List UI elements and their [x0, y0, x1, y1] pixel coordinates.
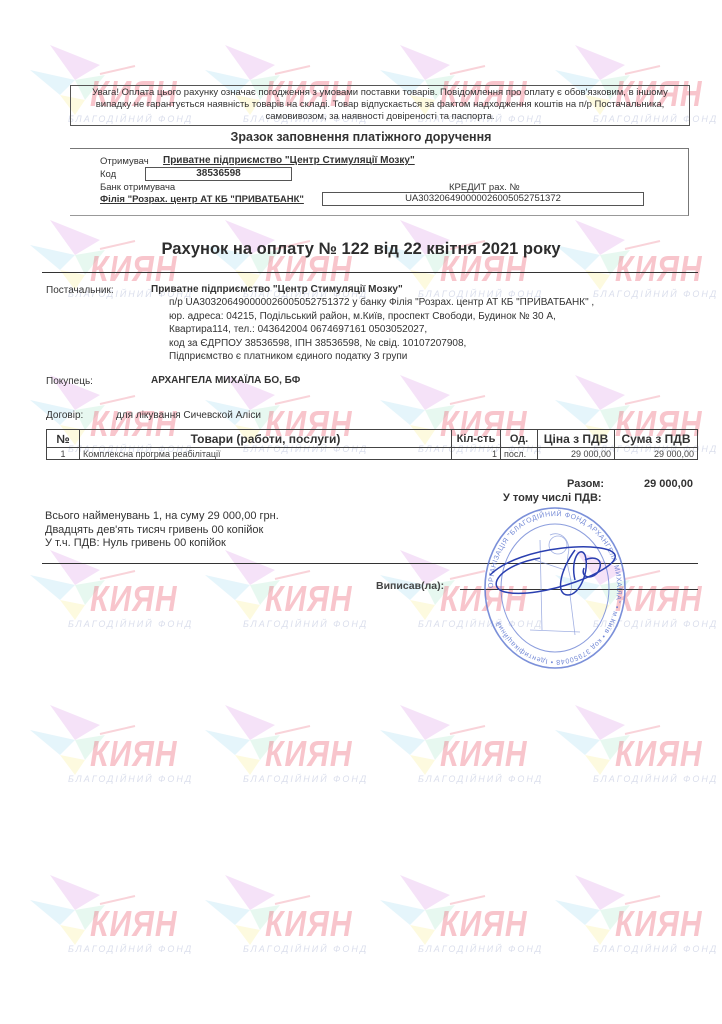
issued-by-label: Виписав(ла): [376, 580, 444, 592]
col-price: Ціна з ПДВ [538, 430, 615, 448]
supplier-details: п/р UA303206490000026005052751372 у банк… [169, 296, 594, 364]
organization-stamp-icon: ОРГАНІЗАЦІЯ "БЛАГОДІЙНИЙ ФОНД АРХАНГЕЛА … [480, 500, 630, 675]
summary-block: Всього найменувань 1, на суму 29 000,00 … [45, 510, 279, 551]
row-goods: Комплексна прогрма реабілітації [80, 448, 452, 460]
row-unit: посл. [501, 448, 538, 460]
col-unit: Од. [501, 430, 538, 448]
recipient-value: Приватне підприємство "Центр Стимуляції … [163, 155, 415, 166]
summary-amount-words: Двадцять дев'ять тисяч гривень 00 копійо… [45, 524, 279, 538]
title-divider [42, 272, 698, 273]
row-price: 29 000,00 [538, 448, 615, 460]
table-row: 1Комплексна прогрма реабілітації1посл.29… [47, 448, 698, 460]
col-quantity: Кіл-сть [452, 430, 501, 448]
recipient-label: Отримувач [100, 156, 149, 167]
buyer-label: Покупець: [46, 376, 93, 387]
notice-line-2: випадку не гарантується наявність товарі… [71, 99, 689, 111]
supplier-account: п/р UA303206490000026005052751372 у банк… [169, 296, 594, 310]
buyer-value: АРХАНГЕЛА МИХАЇЛА БО, БФ [151, 375, 300, 386]
items-table: № Товари (работи, послуги) Кіл-сть Од. Ц… [46, 429, 698, 460]
svg-text:ОРГАНІЗАЦІЯ "БЛАГОДІЙНИЙ ФОНД: ОРГАНІЗАЦІЯ "БЛАГОДІЙНИЙ ФОНД АРХАНГЕЛА … [488, 509, 623, 665]
supplier-codes: код за ЄДРПОУ 38536598, ІПН 38536598, № … [169, 337, 594, 351]
invoice-title: Рахунок на оплату № 122 від 22 квітня 20… [0, 240, 722, 259]
code-value: 38536598 [145, 167, 292, 181]
col-number: № [47, 430, 80, 448]
contract-value: для лікування Сичевской Аліси [116, 410, 261, 421]
supplier-tax-status: Підприємство є платником єдиного податку… [169, 350, 594, 364]
bank-value: Філія "Розрах. центр АТ КБ "ПРИВАТБАНК" [100, 194, 304, 205]
payment-sample-title: Зразок заповнення платіжного доручення [0, 130, 722, 144]
summary-items-count: Всього найменувань 1, на суму 29 000,00 … [45, 510, 279, 524]
notice-line-1: Увага! Оплата цього рахунку означає пого… [71, 87, 689, 99]
notice-line-3: самовивозом, за наявності довіреності та… [71, 111, 689, 123]
total-label: Разом: [567, 478, 604, 490]
total-value: 29 000,00 [644, 478, 693, 490]
summary-vat-words: У т.ч. ПДВ: Нуль гривень 00 копійок [45, 537, 279, 551]
col-goods: Товари (работи, послуги) [80, 430, 452, 448]
bank-label: Банк отримувача [100, 182, 175, 193]
payment-notice: Увага! Оплата цього рахунку означає пого… [70, 85, 690, 126]
supplier-name: Приватне підприємство "Центр Стимуляції … [151, 284, 403, 295]
row-number: 1 [47, 448, 80, 460]
table-header-row: № Товари (работи, послуги) Кіл-сть Од. Ц… [47, 430, 698, 448]
col-sum: Сума з ПДВ [615, 430, 698, 448]
contract-label: Договір: [46, 410, 83, 421]
supplier-phone: Квартира114, тел.: 043642004 0674697161 … [169, 323, 594, 337]
credit-account-value: UA303206490000026005052751372 [322, 192, 644, 206]
row-quantity: 1 [452, 448, 501, 460]
supplier-address: юр. адреса: 04215, Подільський район, м.… [169, 310, 594, 324]
supplier-label: Постачальник: [46, 285, 114, 296]
code-label: Код [100, 169, 116, 180]
row-sum: 29 000,00 [615, 448, 698, 460]
